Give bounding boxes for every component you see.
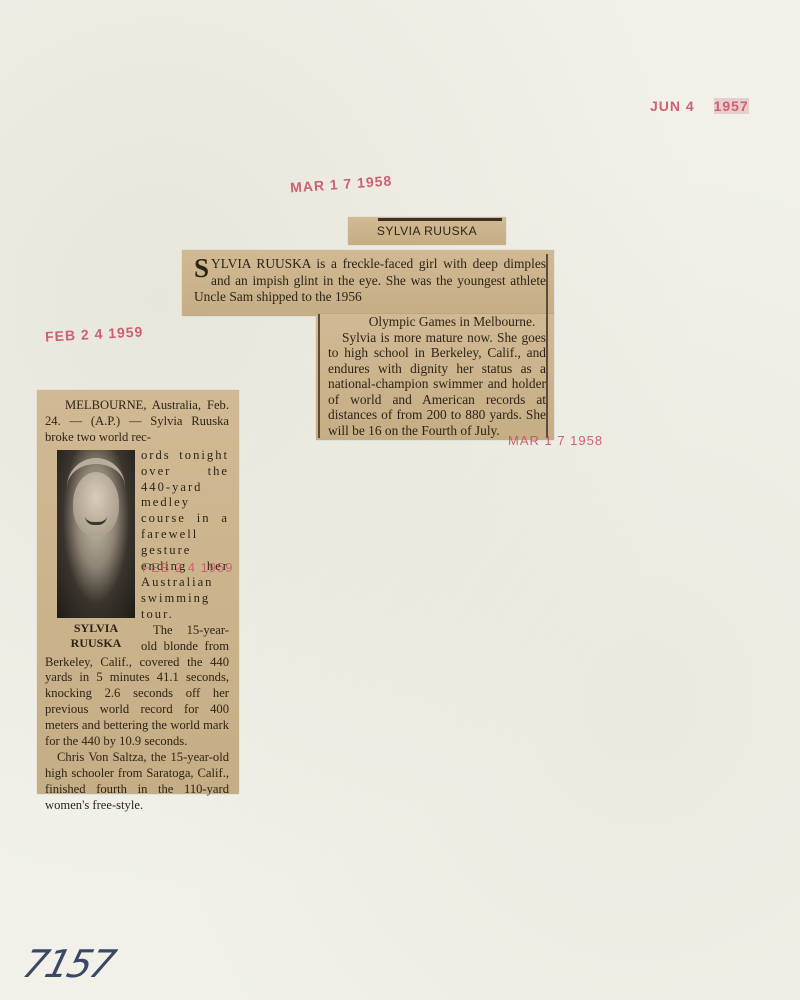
caption-line-2: RUUSKA — [51, 636, 141, 651]
feature-paragraph-1-end: Olympic Games in Melbourne. — [358, 314, 546, 330]
column-rule — [546, 254, 548, 314]
dropcap: S — [194, 256, 209, 280]
column-rule-left — [318, 314, 320, 438]
date-stamp-center: MAR 1 7 1958 — [290, 172, 393, 195]
feature-paragraph-1: YLVIA RUUSKA is a freckle-faced girl wit… — [194, 256, 546, 304]
date-stamp-over-ap-clip: FEB 2 4 1959 — [142, 560, 234, 575]
date-stamp-over-article: MAR 1 7 1958 — [508, 433, 603, 448]
ap-news-clipping: MELBOURNE, Australia, Feb. 24. — (A.P.) … — [37, 390, 239, 794]
ap-paragraph-3: Chris Von Saltza, the 15-year-old high s… — [45, 750, 229, 814]
ap-dateline: MELBOURNE, Australia, Feb. 24. — (A.P.) … — [45, 398, 229, 446]
feature-story-clipping-bottom: Olympic Games in Melbourne. Sylvia is mo… — [316, 314, 554, 440]
date-stamp-left: FEB 2 4 1959 — [45, 323, 144, 344]
portrait-photo — [57, 450, 135, 618]
photo-caption: SYLVIA RUUSKA — [51, 621, 141, 651]
caption-line-1: SYLVIA — [51, 621, 141, 636]
headline-title: SYLVIA RUUSKA — [377, 224, 477, 238]
feature-story-clipping-top: S YLVIA RUUSKA is a freckle-faced girl w… — [182, 250, 554, 316]
headline-clipping: SYLVIA RUUSKA — [348, 217, 506, 245]
face — [73, 472, 119, 536]
date-stamp-top-right: JUN 4 1957 — [650, 98, 749, 114]
handwritten-note: 7157 — [18, 942, 119, 986]
feature-paragraph-2: Sylvia is more mature now. She goes to h… — [328, 330, 546, 439]
stamp-year: 1957 — [714, 98, 749, 114]
stamp-month-day: JUN 4 — [650, 98, 695, 114]
column-rule-right — [546, 314, 548, 438]
